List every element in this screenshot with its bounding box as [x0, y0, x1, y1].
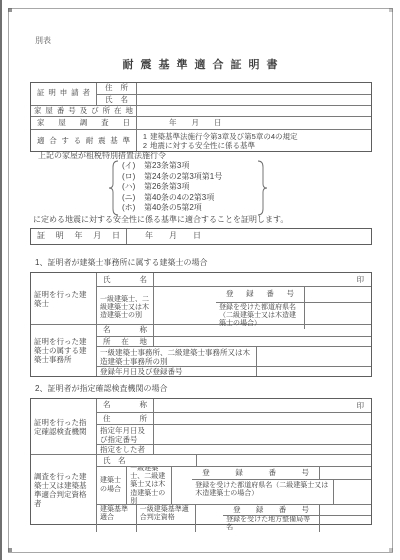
body-address-label: 住所: [96, 413, 153, 424]
body-designator-value: [153, 445, 371, 454]
section2-heading: 2、証明者が指定確認検査機関の場合: [35, 384, 167, 394]
seal-mark: 印: [357, 401, 365, 410]
judge-reg-no-label: 登録番号: [223, 505, 319, 515]
cert-date-value: 年 月 日: [126, 229, 371, 244]
architect-reg-no-label: 登録番号: [216, 287, 304, 302]
cert-date-label: 証明年月日: [31, 229, 126, 244]
architect-case-class-value: [171, 467, 193, 504]
architect-case-label: 建築士の場合: [96, 467, 126, 504]
investigator-pref-label: 登録を受けた都道府県名（二級建築士又は木造建築士の場合）: [192, 480, 333, 504]
office-row-label: 証明を行った建築士の属する建築士事務所: [31, 325, 96, 376]
seal-mark: 印: [357, 275, 365, 284]
architect-name-label: 氏名: [96, 273, 153, 286]
investigator-name-label: 氏 名: [96, 455, 196, 466]
architect-case-class-label: 一級建築士、二級建築士又は木造建築士の別: [126, 467, 170, 504]
cert-date-table: 証明年月日 年 月 日: [30, 228, 372, 245]
scanned-certificate-page: 別表 耐震基準適合証明書 証明申請者 住所 氏名 家屋番号及び所在地 家屋調査日…: [0, 0, 400, 560]
judge-class-label: 一級建築基準適合判定資格: [136, 505, 196, 532]
architect-name-value: 印: [153, 273, 371, 286]
judge-case-label: 建築基準適合: [96, 505, 136, 532]
body-name-value: 印: [153, 399, 371, 412]
judge-class-value: [195, 505, 223, 532]
office-reg-value: [256, 367, 371, 376]
body-designator-label: 指定をした者: [96, 445, 153, 454]
architect-class-value: [153, 287, 216, 329]
judge-reg-no-value: [319, 505, 371, 515]
office-address-label: 所在地: [96, 337, 153, 346]
judge-bureau-label: 登録を受けた地方整備局等名: [223, 516, 319, 532]
body-designation-label: 指定年月日及び指定番号: [96, 425, 153, 444]
section1-heading: 1、証明者が建築士事務所に属する建築士の場合: [35, 258, 207, 268]
office-name-value: [153, 325, 371, 336]
inspection-body-row-label: 証明を行った指定確認検査機関: [31, 399, 96, 454]
office-class-value: [256, 347, 371, 366]
investigator-reg-no-value: [319, 467, 371, 479]
section1-table: 証明を行った建築士 氏名 印 一級建築士、二級建築士又は木造建築士の別 登録番号: [30, 272, 372, 377]
investigator-pref-value: [333, 480, 371, 504]
investigator-row-label: 調査を行った建築士又は建築基準適合判定資格者: [31, 455, 96, 524]
office-class-label: 一級建築士事務所、二級建築士事務所又は木造建築士事務所の別: [96, 347, 256, 366]
architect-row-label: 証明を行った建築士: [31, 273, 96, 324]
judge-bureau-value: [319, 516, 371, 532]
office-name-label: 名称: [96, 325, 153, 336]
investigator-reg-no-label: 登録番号: [192, 467, 319, 479]
section2-table: 証明を行った指定確認検査機関 名称 印 住所 指定年月日及び指定番号 指定をした…: [30, 398, 372, 525]
office-reg-label: 登録年月日及び登録番号: [96, 367, 256, 376]
architect-reg-no-value: [304, 287, 371, 302]
body-name-label: 名称: [96, 399, 153, 412]
architect-class-label: 一級建築士、二級建築士又は木造建築士の別: [96, 287, 153, 329]
office-address-value: [153, 337, 371, 346]
body-address-value: [153, 413, 371, 424]
statement-outro: に定める地震に対する安全性に係る基準に適合することを証明します。: [33, 215, 288, 225]
body-designation-value: [153, 425, 371, 444]
investigator-name-value: [196, 455, 371, 466]
